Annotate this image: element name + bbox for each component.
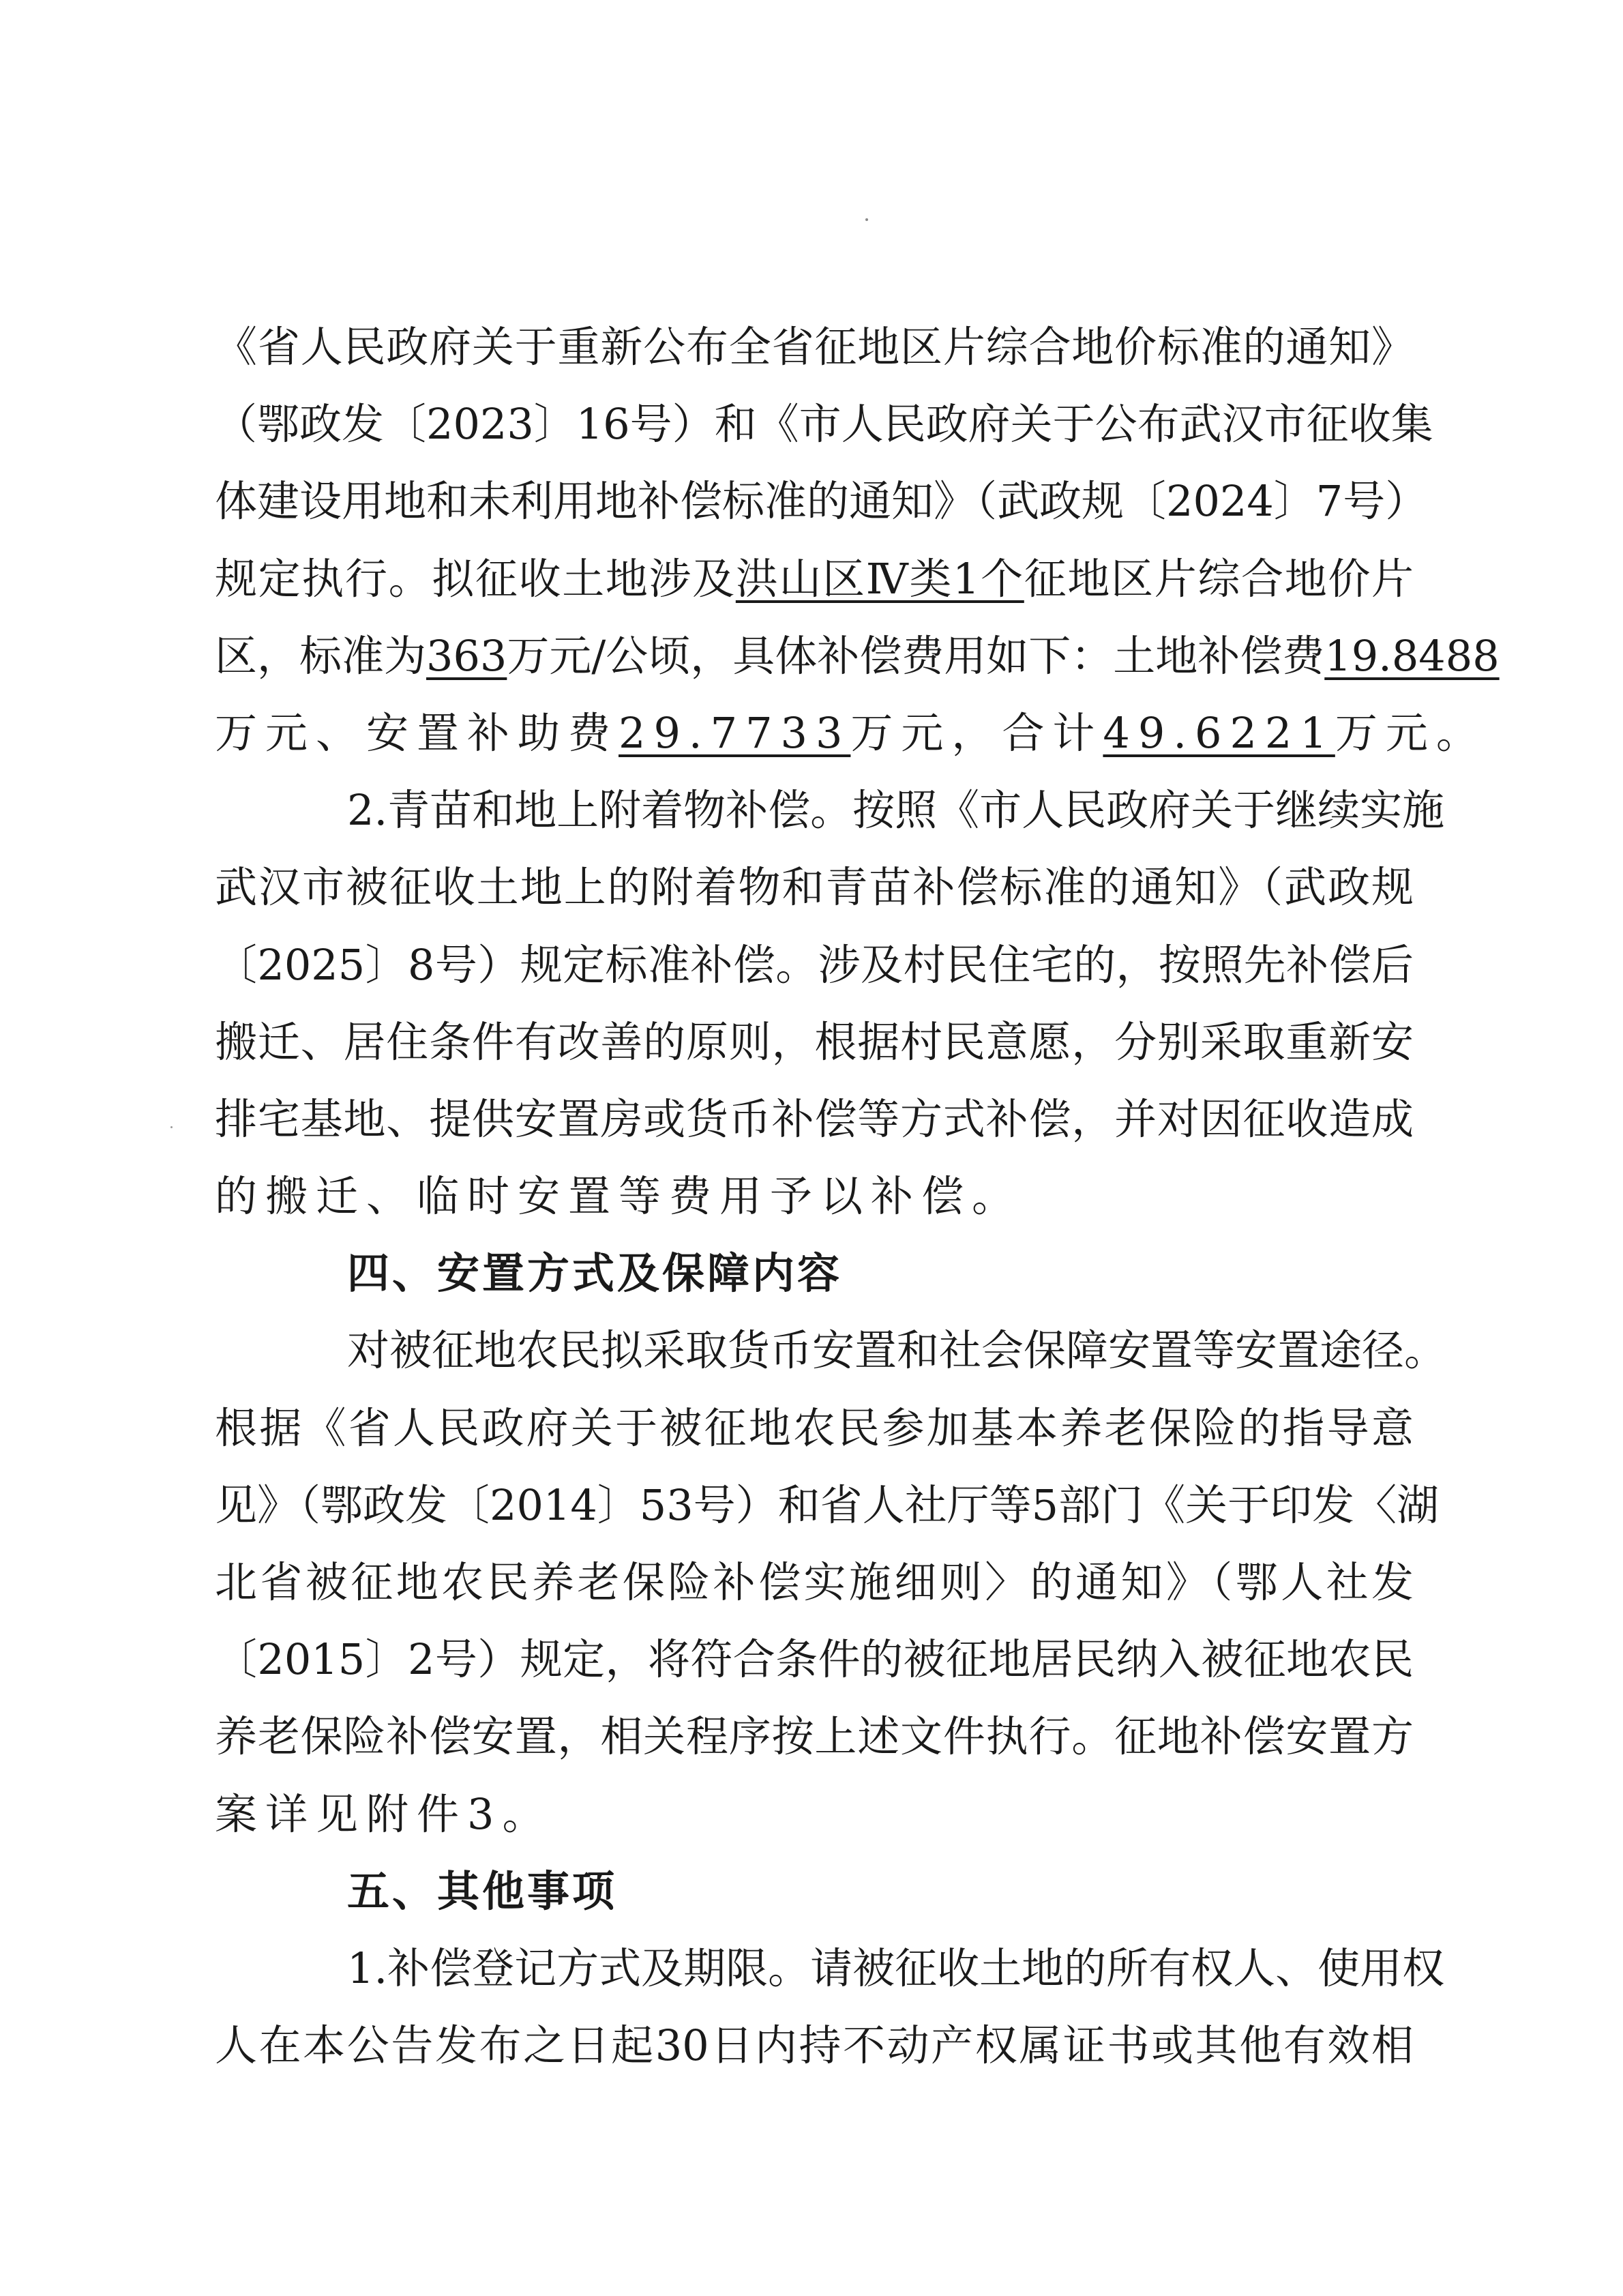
paragraph-line: 武汉市被征收土地上的附着物和青苗补偿标准的通知》（武政规 — [215, 849, 1414, 926]
text-run: 案详见附件3。 — [215, 1789, 552, 1839]
underlined-value: 363 — [426, 631, 507, 681]
text-run: 对被征地农民拟采取货币安置和社会保障安置等安置途径。 — [347, 1325, 1446, 1375]
document-body: 《省人民政府关于重新公布全省征地区片综合地价标准的通知》（鄂政发〔2023〕16… — [215, 308, 1414, 2084]
paragraph-line: 2.青苗和地上附着物补偿。按照《市人民政府关于继续实施 — [215, 771, 1414, 849]
text-run: 的搬迁、临时安置等费用予以补偿。 — [215, 1171, 1022, 1221]
underlined-value: 29.7733 — [619, 708, 850, 758]
text-run: 征地区片综合地价片 — [1024, 554, 1414, 604]
scan-speck-left — [170, 1126, 173, 1128]
paragraph-line: 1.补偿登记方式及期限。请被征收土地的所有权人、使用权 — [215, 1930, 1414, 2007]
text-run: 养老保险补偿安置，相关程序按上述文件执行。征地补偿安置方 — [215, 1711, 1414, 1761]
paragraph-line: 养老保险补偿安置，相关程序按上述文件执行。征地补偿安置方 — [215, 1698, 1414, 1775]
paragraph-line: 区，标准为363万元/公顷，具体补偿费用如下：土地补偿费19.8488 — [215, 617, 1414, 694]
text-run: 北省被征地农民养老保险补偿实施细则〉的通知》（鄂人社发 — [215, 1557, 1414, 1607]
text-run: 四、安置方式及保障内容 — [347, 1248, 842, 1298]
paragraph-line: 对被征地农民拟采取货币安置和社会保障安置等安置途径。 — [215, 1312, 1414, 1389]
paragraph-line: 规定执行。拟征收土地涉及洪山区Ⅳ类1个征地区片综合地价片 — [215, 540, 1414, 617]
text-run: 《省人民政府关于重新公布全省征地区片综合地价标准的通知》 — [215, 322, 1414, 372]
paragraph-line: （鄂政发〔2023〕16号）和《市人民政府关于公布武汉市征收集 — [215, 385, 1414, 462]
text-run: 搬迁、居住条件有改善的原则，根据村民意愿，分别采取重新安 — [215, 1017, 1414, 1067]
underlined-value: 19.8488 — [1324, 631, 1499, 681]
text-run: 万元，合计 — [850, 708, 1103, 758]
paragraph-line: 见》（鄂政发〔2014〕53号）和省人社厅等5部门《关于印发〈湖 — [215, 1467, 1414, 1544]
text-run: 万元、安置补助费 — [215, 708, 619, 758]
text-run: 规定执行。拟征收土地涉及 — [215, 554, 736, 604]
paragraph-line: 排宅基地、提供安置房或货币补偿等方式补偿，并对因征收造成 — [215, 1080, 1414, 1158]
paragraph-line: 万元、安置补助费29.7733万元，合计49.6221万元。 — [215, 694, 1414, 771]
text-run: 见》（鄂政发〔2014〕53号）和省人社厅等5部门《关于印发〈湖 — [215, 1480, 1439, 1530]
text-run: 体建设用地和未利用地补偿标准的通知》（武政规〔2024〕7号） — [215, 476, 1427, 526]
text-run: 2.青苗和地上附着物补偿。按照《市人民政府关于继续实施 — [347, 785, 1444, 835]
text-run: 人在本公告发布之日起30日内持不动产权属证书或其他有效相 — [215, 2020, 1414, 2070]
document-page: 《省人民政府关于重新公布全省征地区片综合地价标准的通知》（鄂政发〔2023〕16… — [0, 0, 1623, 2296]
text-run: 万元。 — [1335, 708, 1487, 758]
paragraph-line: 体建设用地和未利用地补偿标准的通知》（武政规〔2024〕7号） — [215, 462, 1414, 540]
paragraph-line: 的搬迁、临时安置等费用予以补偿。 — [215, 1158, 1414, 1235]
text-run: 五、其他事项 — [347, 1866, 617, 1916]
text-run: （鄂政发〔2023〕16号）和《市人民政府关于公布武汉市征收集 — [215, 399, 1433, 449]
paragraph-line: 《省人民政府关于重新公布全省征地区片综合地价标准的通知》 — [215, 308, 1414, 385]
scan-speck-top — [865, 218, 868, 221]
paragraph-line: 搬迁、居住条件有改善的原则，根据村民意愿，分别采取重新安 — [215, 1003, 1414, 1080]
paragraph-line: 北省被征地农民养老保险补偿实施细则〉的通知》（鄂人社发 — [215, 1544, 1414, 1621]
paragraph-line: 〔2025〕8号）规定标准补偿。涉及村民住宅的，按照先补偿后 — [215, 926, 1414, 1003]
paragraph-line: 案详见附件3。 — [215, 1776, 1414, 1853]
text-run: 万元/公顷，具体补偿费用如下：土地补偿费 — [507, 631, 1324, 681]
text-run: 区，标准为 — [215, 631, 426, 681]
text-run: 武汉市被征收土地上的附着物和青苗补偿标准的通知》（武政规 — [215, 862, 1414, 912]
underlined-value: 49.6221 — [1103, 708, 1335, 758]
section-heading: 五、其他事项 — [215, 1853, 1414, 1930]
text-run: 〔2025〕8号）规定标准补偿。涉及村民住宅的，按照先补偿后 — [215, 940, 1414, 990]
text-run: 排宅基地、提供安置房或货币补偿等方式补偿，并对因征收造成 — [215, 1094, 1414, 1144]
paragraph-line: 人在本公告发布之日起30日内持不动产权属证书或其他有效相 — [215, 2007, 1414, 2084]
paragraph-line: 〔2015〕2号）规定，将符合条件的被征地居民纳入被征地农民 — [215, 1621, 1414, 1698]
paragraph-line: 根据《省人民政府关于被征地农民参加基本养老保险的指导意 — [215, 1389, 1414, 1467]
underlined-value: 洪山区Ⅳ类1个 — [736, 554, 1024, 604]
text-run: 〔2015〕2号）规定，将符合条件的被征地居民纳入被征地农民 — [215, 1634, 1414, 1684]
section-heading: 四、安置方式及保障内容 — [215, 1235, 1414, 1312]
text-run: 根据《省人民政府关于被征地农民参加基本养老保险的指导意 — [215, 1403, 1414, 1453]
text-run: 1.补偿登记方式及期限。请被征收土地的所有权人、使用权 — [347, 1943, 1444, 1993]
